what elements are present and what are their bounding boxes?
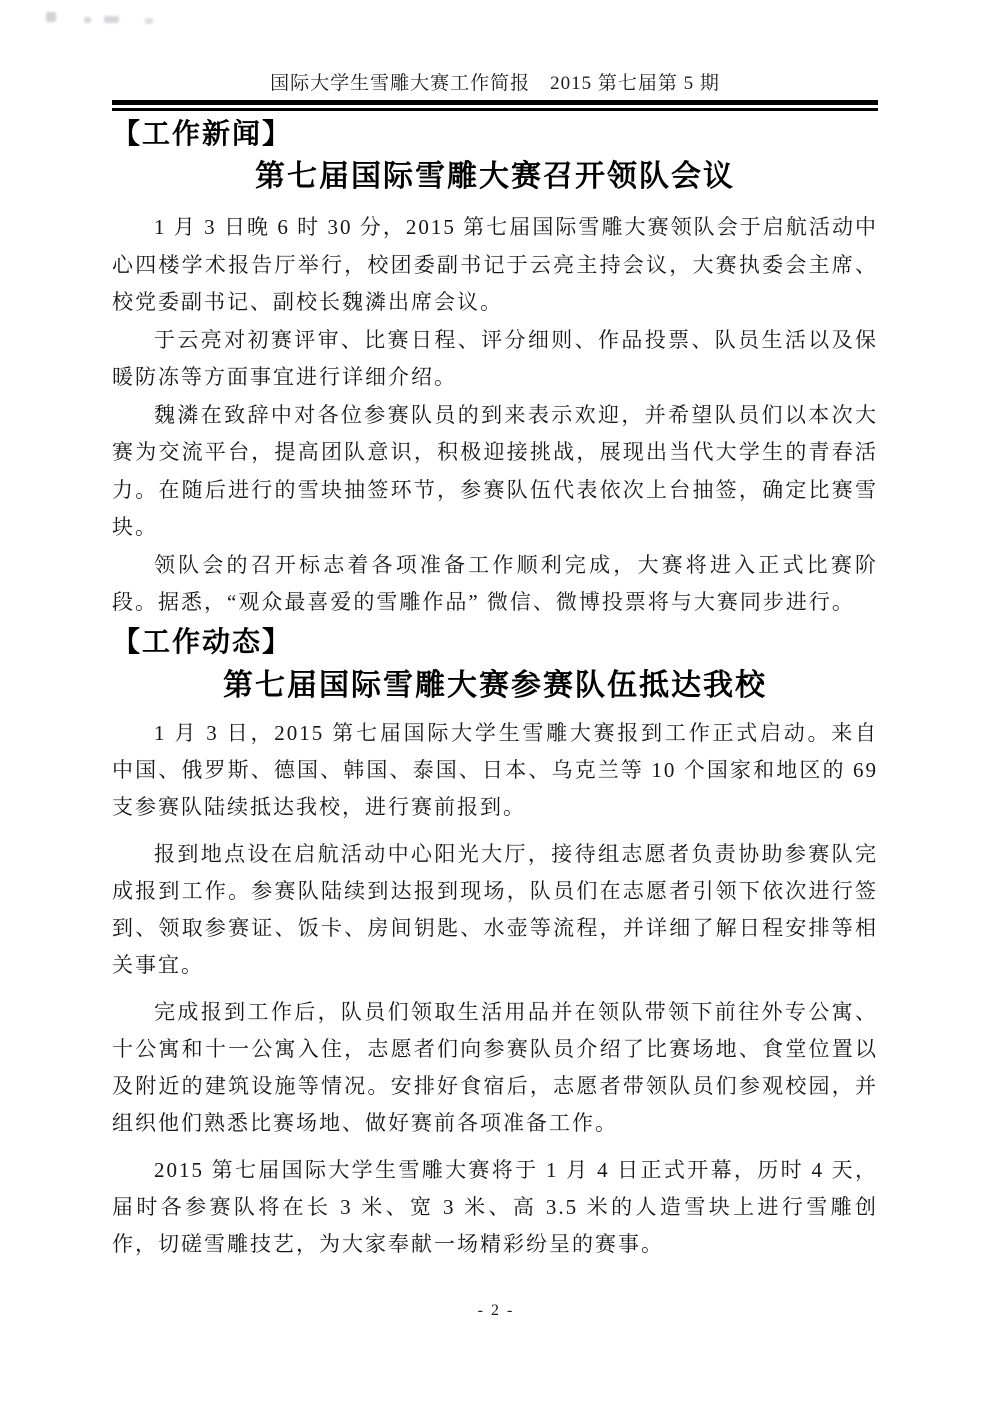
article-body-section-1: 1 月 3 日晚 6 时 30 分，2015 第七届国际雪雕大赛领队会于启航活动…: [112, 209, 878, 622]
header-rule-divider: [112, 100, 878, 111]
paragraph: 1 月 3 日，2015 第七届国际大学生雪雕大赛报到工作正式启动。来自中国、俄…: [112, 715, 878, 826]
paragraph: 领队会的召开标志着各项准备工作顺利完成，大赛将进入正式比赛阶段。据悉，“观众最喜…: [112, 547, 878, 622]
section-marker-work-news: 【工作新闻】: [112, 118, 878, 152]
section-marker-work-updates: 【工作动态】: [112, 626, 878, 660]
page-content: 国际大学生雪雕大赛工作简报 2015 第七届第 5 期 【工作新闻】 第七届国际…: [0, 0, 992, 1263]
running-header: 国际大学生雪雕大赛工作简报 2015 第七届第 5 期: [112, 68, 878, 95]
paragraph: 魏潾在致辞中对各位参赛队员的到来表示欢迎，并希望队员们以本次大赛为交流平台，提高…: [112, 397, 878, 547]
document-page: 国际大学生雪雕大赛工作简报 2015 第七届第 5 期 【工作新闻】 第七届国际…: [0, 0, 992, 1403]
paragraph: 2015 第七届国际大学生雪雕大赛将于 1 月 4 日正式开幕，历时 4 天，届…: [112, 1152, 878, 1263]
article-title-leaders-meeting: 第七届国际雪雕大赛召开领队会议: [112, 158, 878, 196]
scan-smudge: [84, 17, 91, 23]
paragraph: 完成报到工作后，队员们领取生活用品并在领队带领下前往外专公寓、十公寓和十一公寓入…: [112, 994, 878, 1142]
paragraph: 1 月 3 日晚 6 时 30 分，2015 第七届国际雪雕大赛领队会于启航活动…: [112, 209, 878, 322]
scan-smudge: [145, 18, 153, 24]
paragraph: 于云亮对初赛评审、比赛日程、评分细则、作品投票、队员生活以及保暖防冻等方面事宜进…: [112, 322, 878, 397]
scan-smudge: [46, 12, 56, 22]
page-number: - 2 -: [0, 1302, 992, 1320]
paragraph: 报到地点设在启航活动中心阳光大厅，接待组志愿者负责协助参赛队完成报到工作。参赛队…: [112, 836, 878, 984]
scan-smudge: [104, 16, 119, 23]
article-body-section-2: 1 月 3 日，2015 第七届国际大学生雪雕大赛报到工作正式启动。来自中国、俄…: [112, 715, 878, 1263]
article-title-teams-arrival: 第七届国际雪雕大赛参赛队伍抵达我校: [112, 667, 878, 705]
